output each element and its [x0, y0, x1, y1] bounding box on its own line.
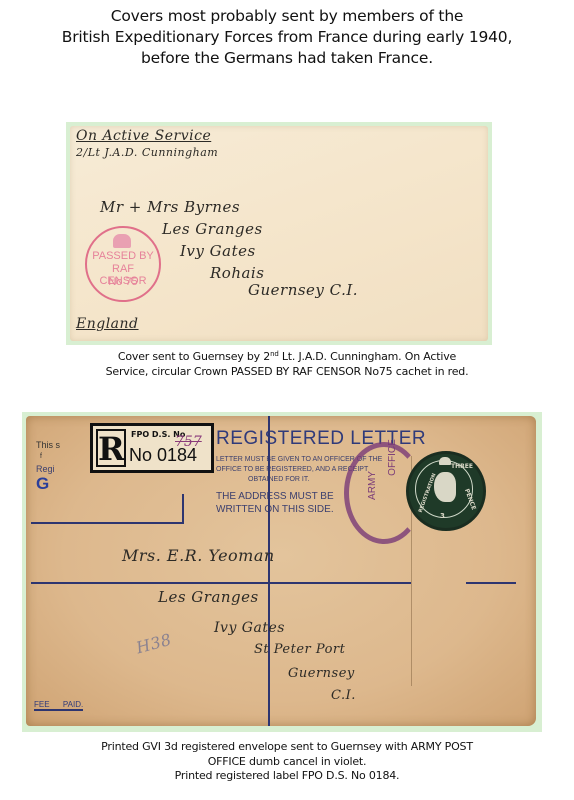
heading-line-2: British Expeditionary Forces from France… — [0, 27, 574, 48]
printed-left-1: This s — [36, 440, 60, 450]
printed-left-3: Regi — [36, 464, 55, 474]
rule-box-right — [182, 494, 184, 524]
cover1-sender: 2/Lt J.A.D. Cunningham — [76, 146, 218, 159]
fee-paid: FEE PAID. — [34, 700, 83, 711]
king-head-icon — [434, 472, 456, 502]
cover1-address-4: Guernsey C.I. — [248, 281, 358, 299]
cover1-address-1: Les Granges — [162, 220, 263, 238]
heading-line-3: before the Germans had taken France. — [0, 48, 574, 69]
cover2-address-2: Ivy Gates — [214, 620, 285, 636]
page-heading: Covers most probably sent by members of … — [0, 6, 574, 69]
stamp-crown-icon — [439, 457, 451, 465]
censor-cachet: PASSED BY RAF CENSOR No 75 — [85, 226, 161, 302]
cover1-caption-line-1: Cover sent to Guernsey by 2nd Lt. J.A.D.… — [0, 350, 574, 365]
rule-vertical-center — [268, 416, 270, 726]
pencil-notation: H38 — [134, 630, 174, 658]
censor-line-3: No 75 — [87, 276, 159, 288]
cover1-origin: England — [76, 316, 139, 332]
label-number: No 0184 — [129, 445, 197, 466]
address-notice-2: WRITTEN ON THIS SIDE. — [216, 504, 334, 515]
cover2-caption-line-1: Printed GVI 3d registered envelope sent … — [0, 740, 574, 755]
cover2-address-3: St Peter Port — [254, 642, 345, 657]
rule-box-bottom — [31, 522, 183, 524]
instruction-line-3: OBTAINED FOR IT. — [248, 476, 309, 483]
cover2-caption-line-3: Printed registered label FPO D.S. No 018… — [0, 769, 574, 784]
censor-line-1: PASSED BY — [87, 250, 159, 262]
cover2-address-4: Guernsey — [288, 666, 355, 681]
printed-left-4: G — [36, 474, 49, 494]
crown-icon — [113, 234, 131, 248]
cancel-text-office: OFFICE — [387, 439, 398, 476]
cover1-caption-line-2: Service, circular Crown PASSED BY RAF CE… — [0, 365, 574, 380]
cover2-address-5: C.I. — [331, 688, 356, 703]
rule-horizontal — [31, 582, 411, 584]
cover2-caption: Printed GVI 3d registered envelope sent … — [0, 740, 574, 784]
cover1-address-2: Ivy Gates — [180, 242, 256, 260]
printed-left-2: f — [40, 453, 42, 460]
stamp-value: 3 — [440, 512, 445, 520]
cover1-addressee: Mr + Mrs Byrnes — [100, 198, 240, 216]
cover1-active-service: On Active Service — [76, 128, 211, 144]
cover2-caption-line-2: OFFICE dumb cancel in violet. — [0, 755, 574, 770]
rule-horizontal-right — [466, 582, 516, 584]
instruction-line-2: OFFICE TO BE REGISTERED, AND A RECEIPT — [216, 466, 368, 473]
cover2-addressee: Mrs. E.R. Yeoman — [122, 546, 275, 565]
cover1-address-3: Rohais — [210, 264, 264, 282]
heading-line-1: Covers most probably sent by members of … — [0, 6, 574, 27]
address-notice-1: THE ADDRESS MUST BE — [216, 491, 334, 502]
stamp-text-top: THREE — [451, 463, 473, 470]
cover2-address-1: Les Granges — [158, 588, 259, 606]
gvi-3d-stamp: THREE REGISTRATION PENCE 3 — [406, 451, 486, 531]
cover2-envelope: This s f Regi G REGISTERED LETTER LETTER… — [26, 416, 536, 726]
registration-r: R — [96, 429, 126, 467]
cancel-text-army: ARMY — [367, 471, 378, 500]
cover1-caption: Cover sent to Guernsey by 2nd Lt. J.A.D.… — [0, 350, 574, 379]
cover1-envelope: On Active Service 2/Lt J.A.D. Cunningham… — [70, 126, 488, 341]
registration-label: R FPO D.S. No 757 No 0184 — [90, 423, 214, 473]
